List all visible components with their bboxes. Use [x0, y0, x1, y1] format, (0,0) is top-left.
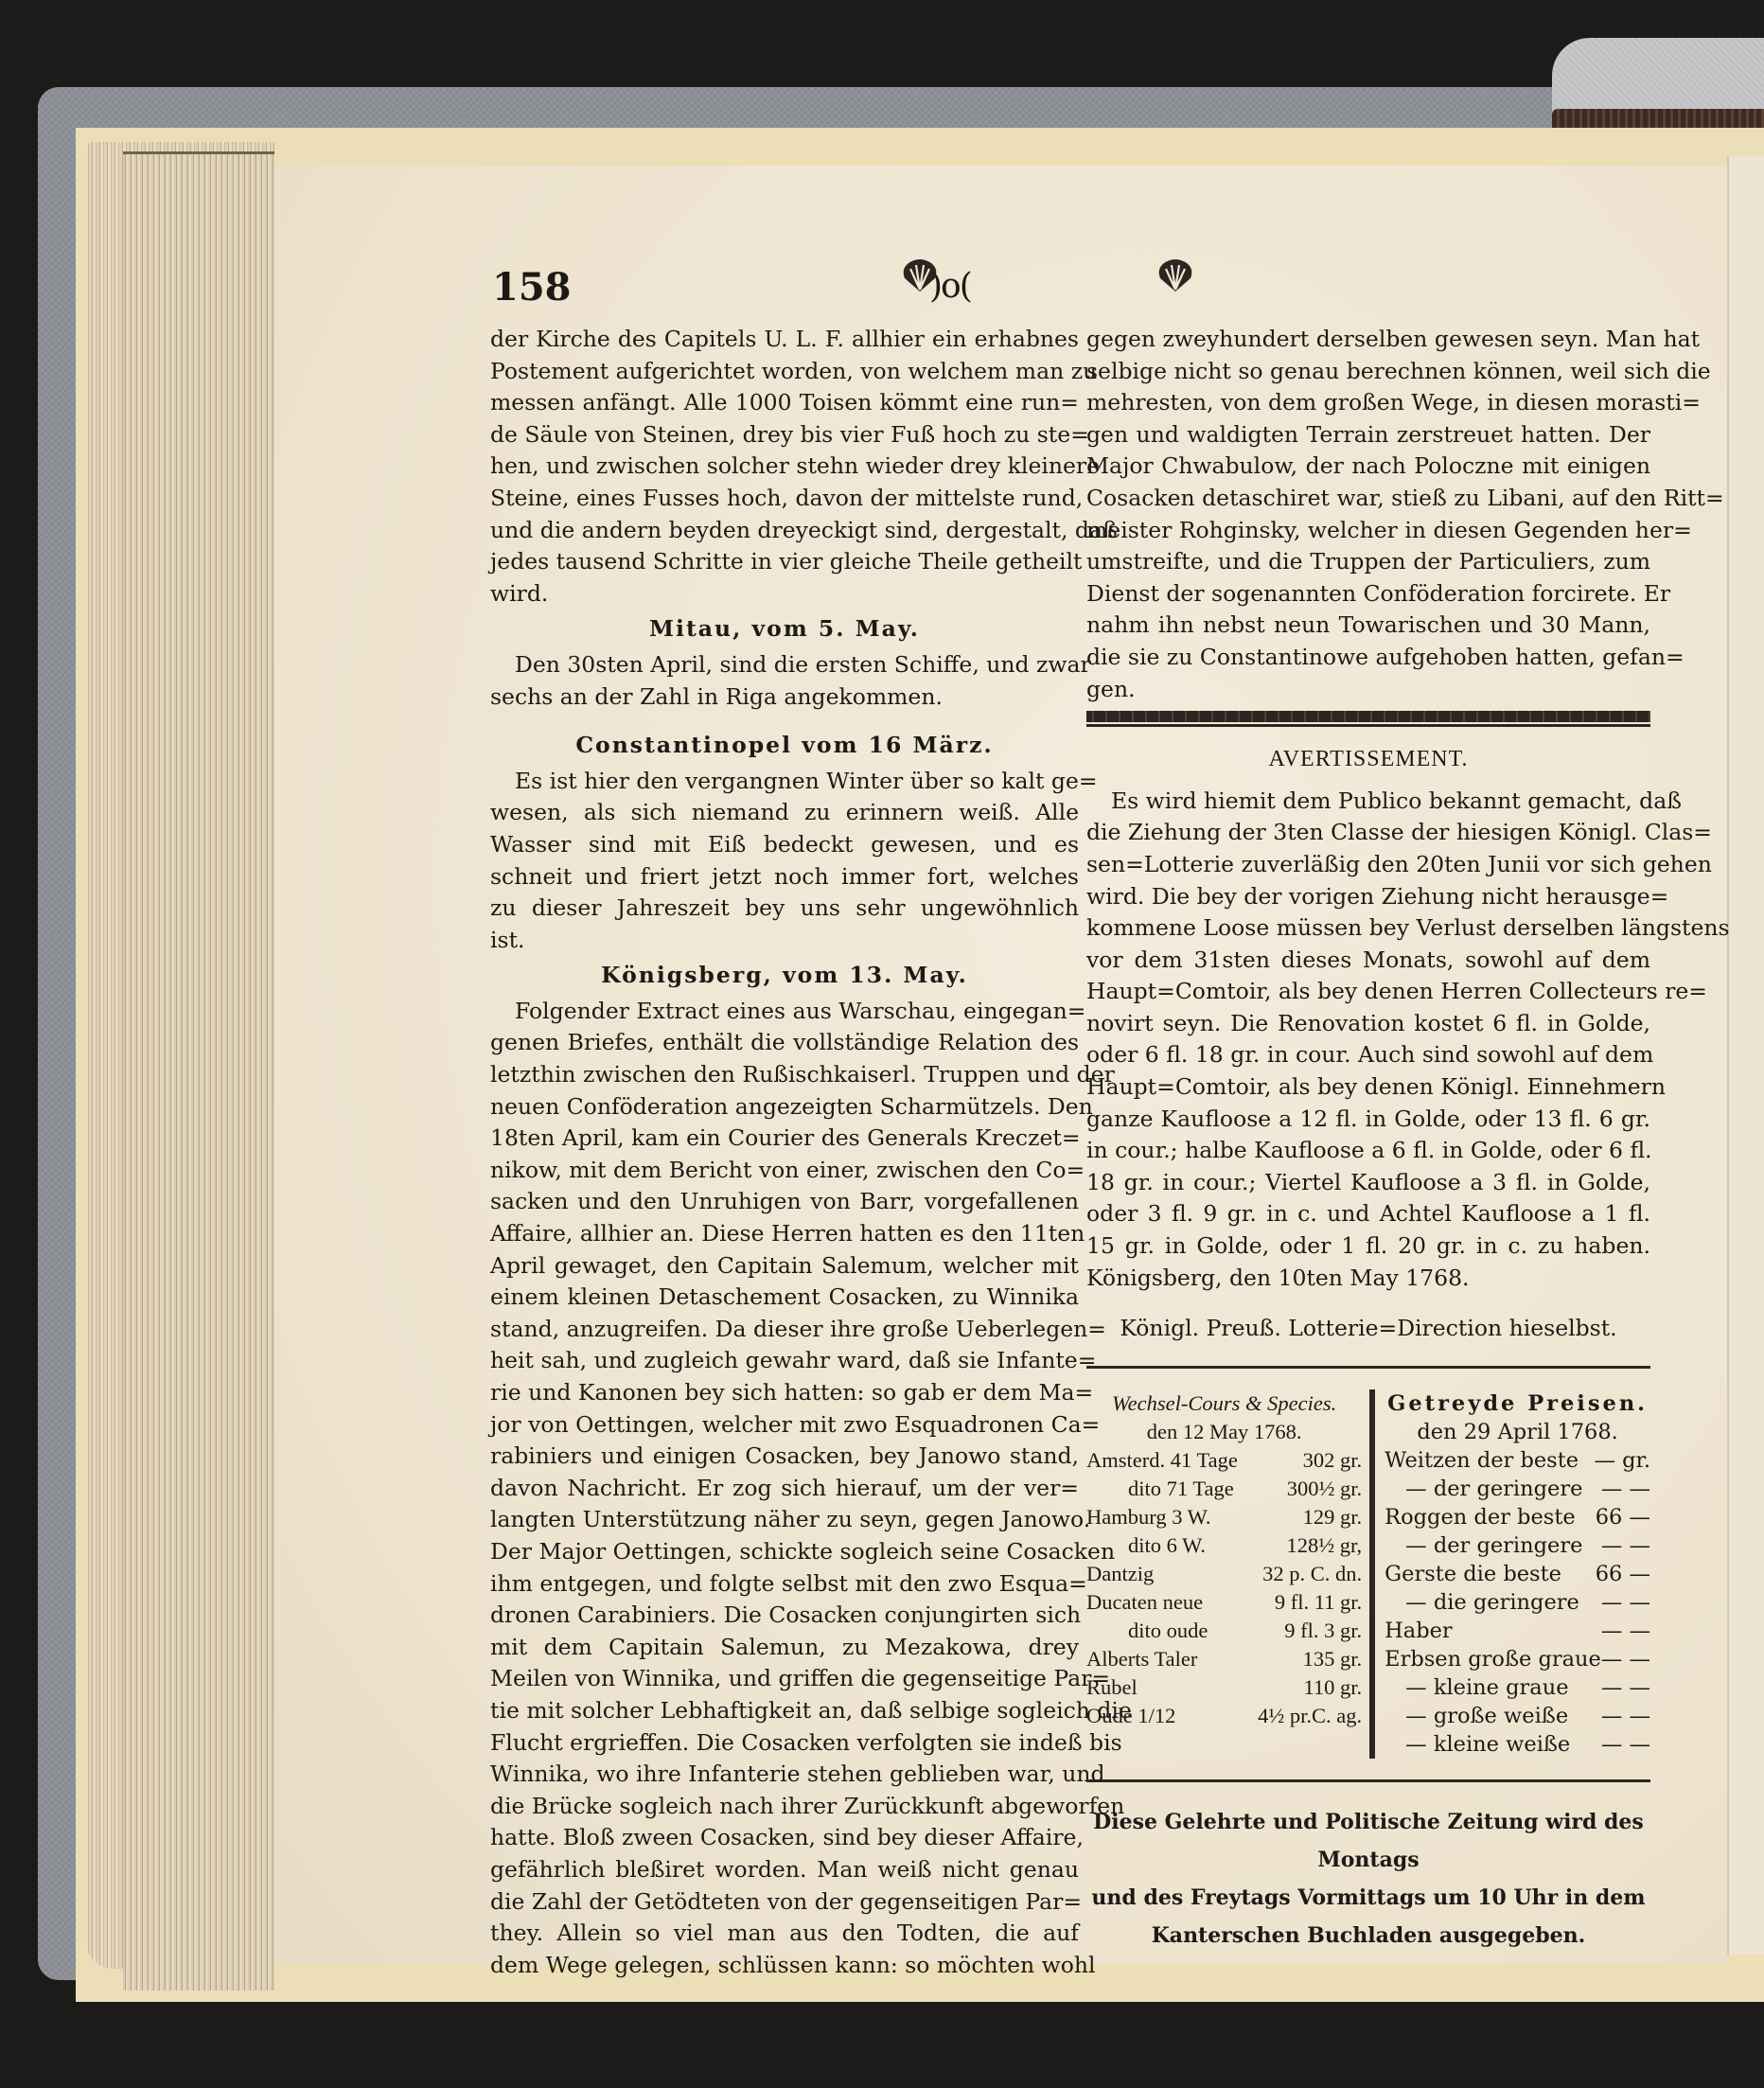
text-line: mit dem Capitain Salemun, zu Mezakowa, d… [490, 1632, 1079, 1664]
exchange-row: Amsterd. 41 Tage302 gr. [1086, 1446, 1362, 1475]
text-line: sacken und den Unruhigen von Barr, vorge… [490, 1186, 1079, 1218]
exchange-row: Oude 1/124½ pr.C. ag. [1086, 1702, 1362, 1730]
avertissement-signature: Königl. Preuß. Lotterie=Direction hiesel… [1086, 1313, 1650, 1345]
publication-notice: Diese Gelehrte und Politische Zeitung wi… [1086, 1803, 1650, 1955]
text-line: gefährlich bleßiret worden. Man weiß nic… [490, 1854, 1079, 1886]
exchange-row: Rubel110 gr. [1086, 1673, 1362, 1702]
text-line: selbige nicht so genau berechnen können,… [1086, 356, 1650, 388]
grain-row: Weitzen der beste— gr. [1385, 1446, 1650, 1475]
text-line: wird. Die bey der vorigen Ziehung nicht … [1086, 881, 1650, 913]
exchange-table-title: Wechsel-Cours & Species. [1086, 1389, 1362, 1418]
notice-line: Diese Gelehrte und Politische Zeitung wi… [1086, 1803, 1650, 1879]
text-line: wird. [490, 578, 1079, 610]
text-line: Haupt=Comtoir, als bey denen Herren Coll… [1086, 976, 1650, 1008]
text-line: rabiniers und einigen Cosacken, bey Jano… [490, 1441, 1079, 1473]
grain-price-table: Getreyde Preisen. den 29 April 1768. Wei… [1375, 1389, 1650, 1759]
text-line: der Kirche des Capitels U. L. F. allhier… [490, 324, 1079, 356]
grain-row: — der geringere— — [1385, 1531, 1650, 1560]
text-line: Den 30sten April, sind die ersten Schiff… [490, 649, 1079, 681]
intro-paragraph: der Kirche des Capitels U. L. F. allhier… [490, 324, 1079, 610]
text-line: 18ten April, kam ein Courier des General… [490, 1123, 1079, 1155]
grain-row: Gerste die beste66 — [1385, 1560, 1650, 1588]
grain-row: Erbsen große graue— — [1385, 1645, 1650, 1673]
text-line: Postement aufgerichtet worden, von welch… [490, 356, 1079, 388]
text-line: dem Wege gelegen, schlüssen kann: so möc… [490, 1950, 1079, 1982]
exchange-rate-table: Wechsel-Cours & Species. den 12 May 1768… [1086, 1389, 1375, 1759]
text-line: Es wird hiemit dem Publico bekannt gemac… [1086, 786, 1650, 818]
right-column: gegen zweyhundert derselben gewesen seyn… [1086, 324, 1650, 1955]
exchange-row: dito 71 Tage300½ gr. [1086, 1475, 1362, 1503]
text-line: ganze Kaufloose a 12 fl. in Golde, oder … [1086, 1104, 1650, 1136]
text-line: jedes tausend Schritte in vier gleiche T… [490, 546, 1079, 578]
price-tables: Wechsel-Cours & Species. den 12 May 1768… [1086, 1389, 1650, 1759]
text-line: 18 gr. in cour.; Viertel Kaufloose a 3 f… [1086, 1167, 1650, 1199]
text-line: rie und Kanonen bey sich hatten: so gab … [490, 1377, 1079, 1409]
text-line: Dienst der sogenannten Conföderation for… [1086, 578, 1650, 610]
text-line: schneit und friert jetzt noch immer fort… [490, 861, 1079, 894]
text-line: letzthin zwischen den Rußischkaiserl. Tr… [490, 1059, 1079, 1091]
exchange-row: Dantzig32 p. C. dn. [1086, 1560, 1362, 1588]
notice-line: und des Freytags Vormittags um 10 Uhr in… [1086, 1879, 1650, 1917]
text-line: die Brücke sogleich nach ihrer Zurückkun… [490, 1791, 1079, 1823]
text-line: stand, anzugreifen. Da dieser ihre große… [490, 1314, 1079, 1346]
text-line: Wasser sind mit Eiß bedeckt gewesen, und… [490, 829, 1079, 861]
text-line: hen, und zwischen solcher stehn wieder d… [490, 451, 1079, 483]
grain-row: — der geringere— — [1385, 1475, 1650, 1503]
text-line: Affaire, allhier an. Diese Herren hatten… [490, 1218, 1079, 1250]
text-line: April gewaget, den Capitain Salemum, wel… [490, 1250, 1079, 1283]
text-line: die Zahl der Getödteten von der gegensei… [490, 1886, 1079, 1919]
text-line: ist. [490, 925, 1079, 957]
grain-row: — große weiße— — [1385, 1702, 1650, 1730]
text-line: ihm entgegen, und folgte selbst mit den … [490, 1568, 1079, 1601]
text-line: messen anfängt. Alle 1000 Toisen kömmt e… [490, 387, 1079, 419]
exchange-row: Hamburg 3 W.129 gr. [1086, 1503, 1362, 1531]
text-line: de Säule von Steinen, drey bis vier Fuß … [490, 419, 1079, 451]
text-line: wesen, als sich niemand zu erinnern weiß… [490, 797, 1079, 829]
text-line: Haupt=Comtoir, als bey denen Königl. Ein… [1086, 1071, 1650, 1104]
exchange-row: Ducaten neue9 fl. 11 gr. [1086, 1588, 1362, 1617]
exchange-row: dito 6 W.128½ gr, [1086, 1531, 1362, 1560]
text-line: mehresten, von dem großen Wege, in diese… [1086, 387, 1650, 419]
text-line: oder 3 fl. 9 gr. in c. und Achtel Kauflo… [1086, 1198, 1650, 1230]
text-line: zu dieser Jahreszeit bey uns sehr ungewö… [490, 893, 1079, 925]
section-divider [1086, 1779, 1650, 1782]
continuation-paragraph: gegen zweyhundert derselben gewesen seyn… [1086, 324, 1650, 705]
page-content: 158 )o( der Kirche des Capitels U. L. F.… [0, 0, 1764, 2088]
left-column: der Kirche des Capitels U. L. F. allhier… [490, 324, 1079, 1981]
text-line: 15 gr. in Golde, oder 1 fl. 20 gr. in c.… [1086, 1230, 1650, 1263]
text-line: jor von Oettingen, welcher mit zwo Esqua… [490, 1409, 1079, 1442]
section-divider-thick [1086, 711, 1650, 722]
exchange-row: Alberts Taler135 gr. [1086, 1645, 1362, 1673]
text-line: oder 6 fl. 18 gr. in cour. Auch sind sow… [1086, 1039, 1650, 1071]
section-divider [1086, 1366, 1650, 1369]
constantinopel-paragraph: Es ist hier den vergangnen Winter über s… [490, 766, 1079, 957]
grain-row: — kleine graue— — [1385, 1673, 1650, 1702]
exchange-row: dito oude9 fl. 3 gr. [1086, 1617, 1362, 1645]
dateline-mitau: Mitau, vom 5. May. [490, 613, 1079, 646]
text-line: umstreifte, und die Truppen der Particul… [1086, 546, 1650, 578]
grain-row: — die geringere— — [1385, 1588, 1650, 1617]
shell-ornament-icon [1155, 257, 1196, 295]
text-line: einem kleinen Detaschement Cosacken, zu … [490, 1282, 1079, 1314]
dateline-koenigsberg: Königsberg, vom 13. May. [490, 960, 1079, 992]
text-line: genen Briefes, enthält die vollständige … [490, 1027, 1079, 1059]
mitau-paragraph: Den 30sten April, sind die ersten Schiff… [490, 649, 1079, 713]
text-line: gen und waldigten Terrain zerstreuet hat… [1086, 419, 1650, 451]
grain-row: Roggen der beste66 — [1385, 1503, 1650, 1531]
text-line: Steine, eines Fusses hoch, davon der mit… [490, 483, 1079, 515]
avertissement-paragraph: Es wird hiemit dem Publico bekannt gemac… [1086, 786, 1650, 1295]
text-line: davon Nachricht. Er zog sich hierauf, um… [490, 1473, 1079, 1505]
text-line: gegen zweyhundert derselben gewesen seyn… [1086, 324, 1650, 356]
text-line: Es ist hier den vergangnen Winter über s… [490, 766, 1079, 798]
text-line: Cosacken detaschiret war, stieß zu Liban… [1086, 483, 1650, 515]
text-line: Flucht ergrieffen. Die Cosacken verfolgt… [490, 1727, 1079, 1760]
text-line: kommene Loose müssen bey Verlust derselb… [1086, 912, 1650, 945]
text-line: vor dem 31sten dieses Monats, sowohl auf… [1086, 945, 1650, 977]
text-line: neuen Conföderation angezeigten Scharmüt… [490, 1091, 1079, 1124]
text-line: Königsberg, den 10ten May 1768. [1086, 1263, 1650, 1295]
grain-table-date: den 29 April 1768. [1385, 1418, 1650, 1446]
text-line: Folgender Extract eines aus Warschau, ei… [490, 996, 1079, 1028]
text-line: und die andern beyden dreyeckigt sind, d… [490, 515, 1079, 547]
text-line: hatte. Bloß zween Cosacken, sind bey die… [490, 1822, 1079, 1854]
text-line: meister Rohginsky, welcher in diesen Geg… [1086, 515, 1650, 547]
dateline-constantinopel: Constantinopel vom 16 März. [490, 730, 1079, 762]
text-line: sechs an der Zahl in Riga angekommen. [490, 681, 1079, 714]
grain-row: — kleine weiße— — [1385, 1730, 1650, 1759]
header-center-ornament: )o( [929, 267, 971, 306]
text-line: Der Major Oettingen, schickte sogleich s… [490, 1536, 1079, 1568]
avertissement-title: AVERTISSEMENT. [1086, 744, 1650, 776]
text-line: nikow, mit dem Bericht von einer, zwisch… [490, 1155, 1079, 1187]
grain-table-title: Getreyde Preisen. [1385, 1389, 1650, 1418]
text-line: in cour.; halbe Kaufloose a 6 fl. in Gol… [1086, 1135, 1650, 1167]
text-line: tie mit solcher Lebhaftigkeit an, daß se… [490, 1695, 1079, 1727]
exchange-table-date: den 12 May 1768. [1086, 1418, 1362, 1446]
text-line: gen. [1086, 674, 1650, 706]
notice-line: Kanterschen Buchladen ausgegeben. [1086, 1917, 1650, 1955]
koenigsberg-paragraph: Folgender Extract eines aus Warschau, ei… [490, 996, 1079, 1981]
text-line: heit sah, und zugleich gewahr ward, daß … [490, 1345, 1079, 1377]
text-line: Meilen von Winnika, und griffen die gege… [490, 1663, 1079, 1695]
text-line: dronen Carabiniers. Die Cosacken conjung… [490, 1600, 1079, 1632]
text-line: novirt seyn. Die Renovation kostet 6 fl.… [1086, 1008, 1650, 1040]
page-number: 158 [492, 265, 572, 310]
text-line: die sie zu Constantinowe aufgehoben hatt… [1086, 642, 1650, 674]
text-line: nahm ihn nebst neun Towarischen und 30 M… [1086, 610, 1650, 642]
text-line: die Ziehung der 3ten Classe der hiesigen… [1086, 817, 1650, 849]
text-line: Major Chwabulow, der nach Poloczne mit e… [1086, 451, 1650, 483]
section-divider-thin [1086, 724, 1650, 727]
grain-row: Haber— — [1385, 1617, 1650, 1645]
text-line: they. Allein so viel man aus den Todten,… [490, 1918, 1079, 1950]
text-line: langten Unterstützung näher zu seyn, geg… [490, 1504, 1079, 1536]
text-line: sen=Lotterie zuverläßig den 20ten Junii … [1086, 849, 1650, 881]
text-line: Winnika, wo ihre Infanterie stehen gebli… [490, 1759, 1079, 1791]
